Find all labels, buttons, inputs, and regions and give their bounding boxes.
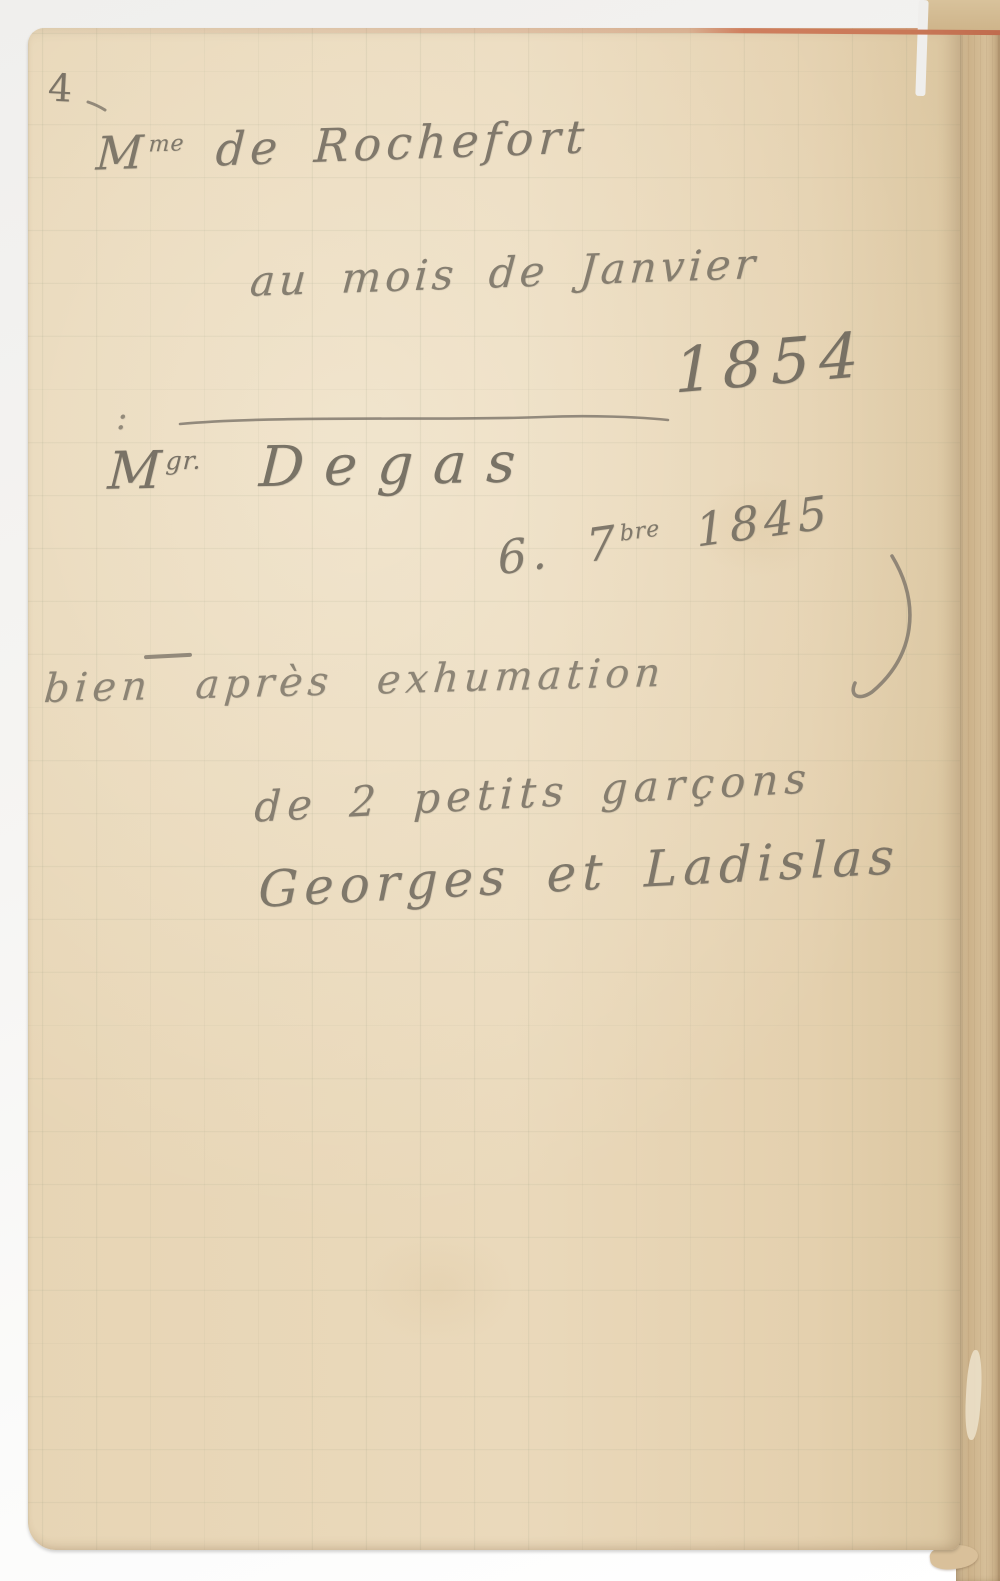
line1-superscript: me — [148, 131, 185, 157]
handwriting-line-exhumation: bien après exhumation — [42, 650, 667, 712]
handwriting-line-degas: Mgr.Degas — [106, 430, 537, 503]
handwriting-line-rochefort: Mme de Rochefort — [95, 109, 591, 180]
handwriting-line-names: Georges et Ladislas — [258, 827, 901, 919]
line5-year: 1845 — [694, 485, 834, 558]
paper-stain — [328, 1208, 548, 1368]
line5-prefix: 6. 7 — [496, 514, 622, 585]
handwriting-year-1854: 1854 — [674, 317, 868, 407]
page-number-dash — [88, 102, 105, 110]
book-fore-edge — [956, 0, 1000, 1581]
line4-superscript: gr. — [165, 446, 203, 476]
handwriting-gap — [200, 486, 258, 487]
page-number: 4 — [47, 65, 73, 110]
line4-rest: Degas — [258, 430, 537, 500]
handwriting-line-septembre-1845: 6. 7bre 1845 — [496, 485, 834, 586]
handwriting-line-garcons: de 2 petits garçons — [254, 753, 813, 831]
overline-stroke — [144, 653, 192, 660]
photograph-background: { "document": { "description_label": "ha… — [0, 0, 1000, 1581]
underline-stroke — [180, 416, 668, 424]
year-flourish-stroke — [853, 556, 910, 697]
line1-rest: de Rochefort — [214, 109, 590, 176]
line5-superscript: bre — [619, 516, 661, 547]
handwriting-line-janvier: au mois de Janvier — [248, 239, 760, 306]
notebook-page: 4 Mme de Rochefort au mois de Janvier 18… — [28, 28, 960, 1550]
handwriting-colon-mark: : — [116, 398, 127, 438]
line4-initial: M — [106, 441, 166, 502]
line1-initial: M — [95, 125, 150, 181]
